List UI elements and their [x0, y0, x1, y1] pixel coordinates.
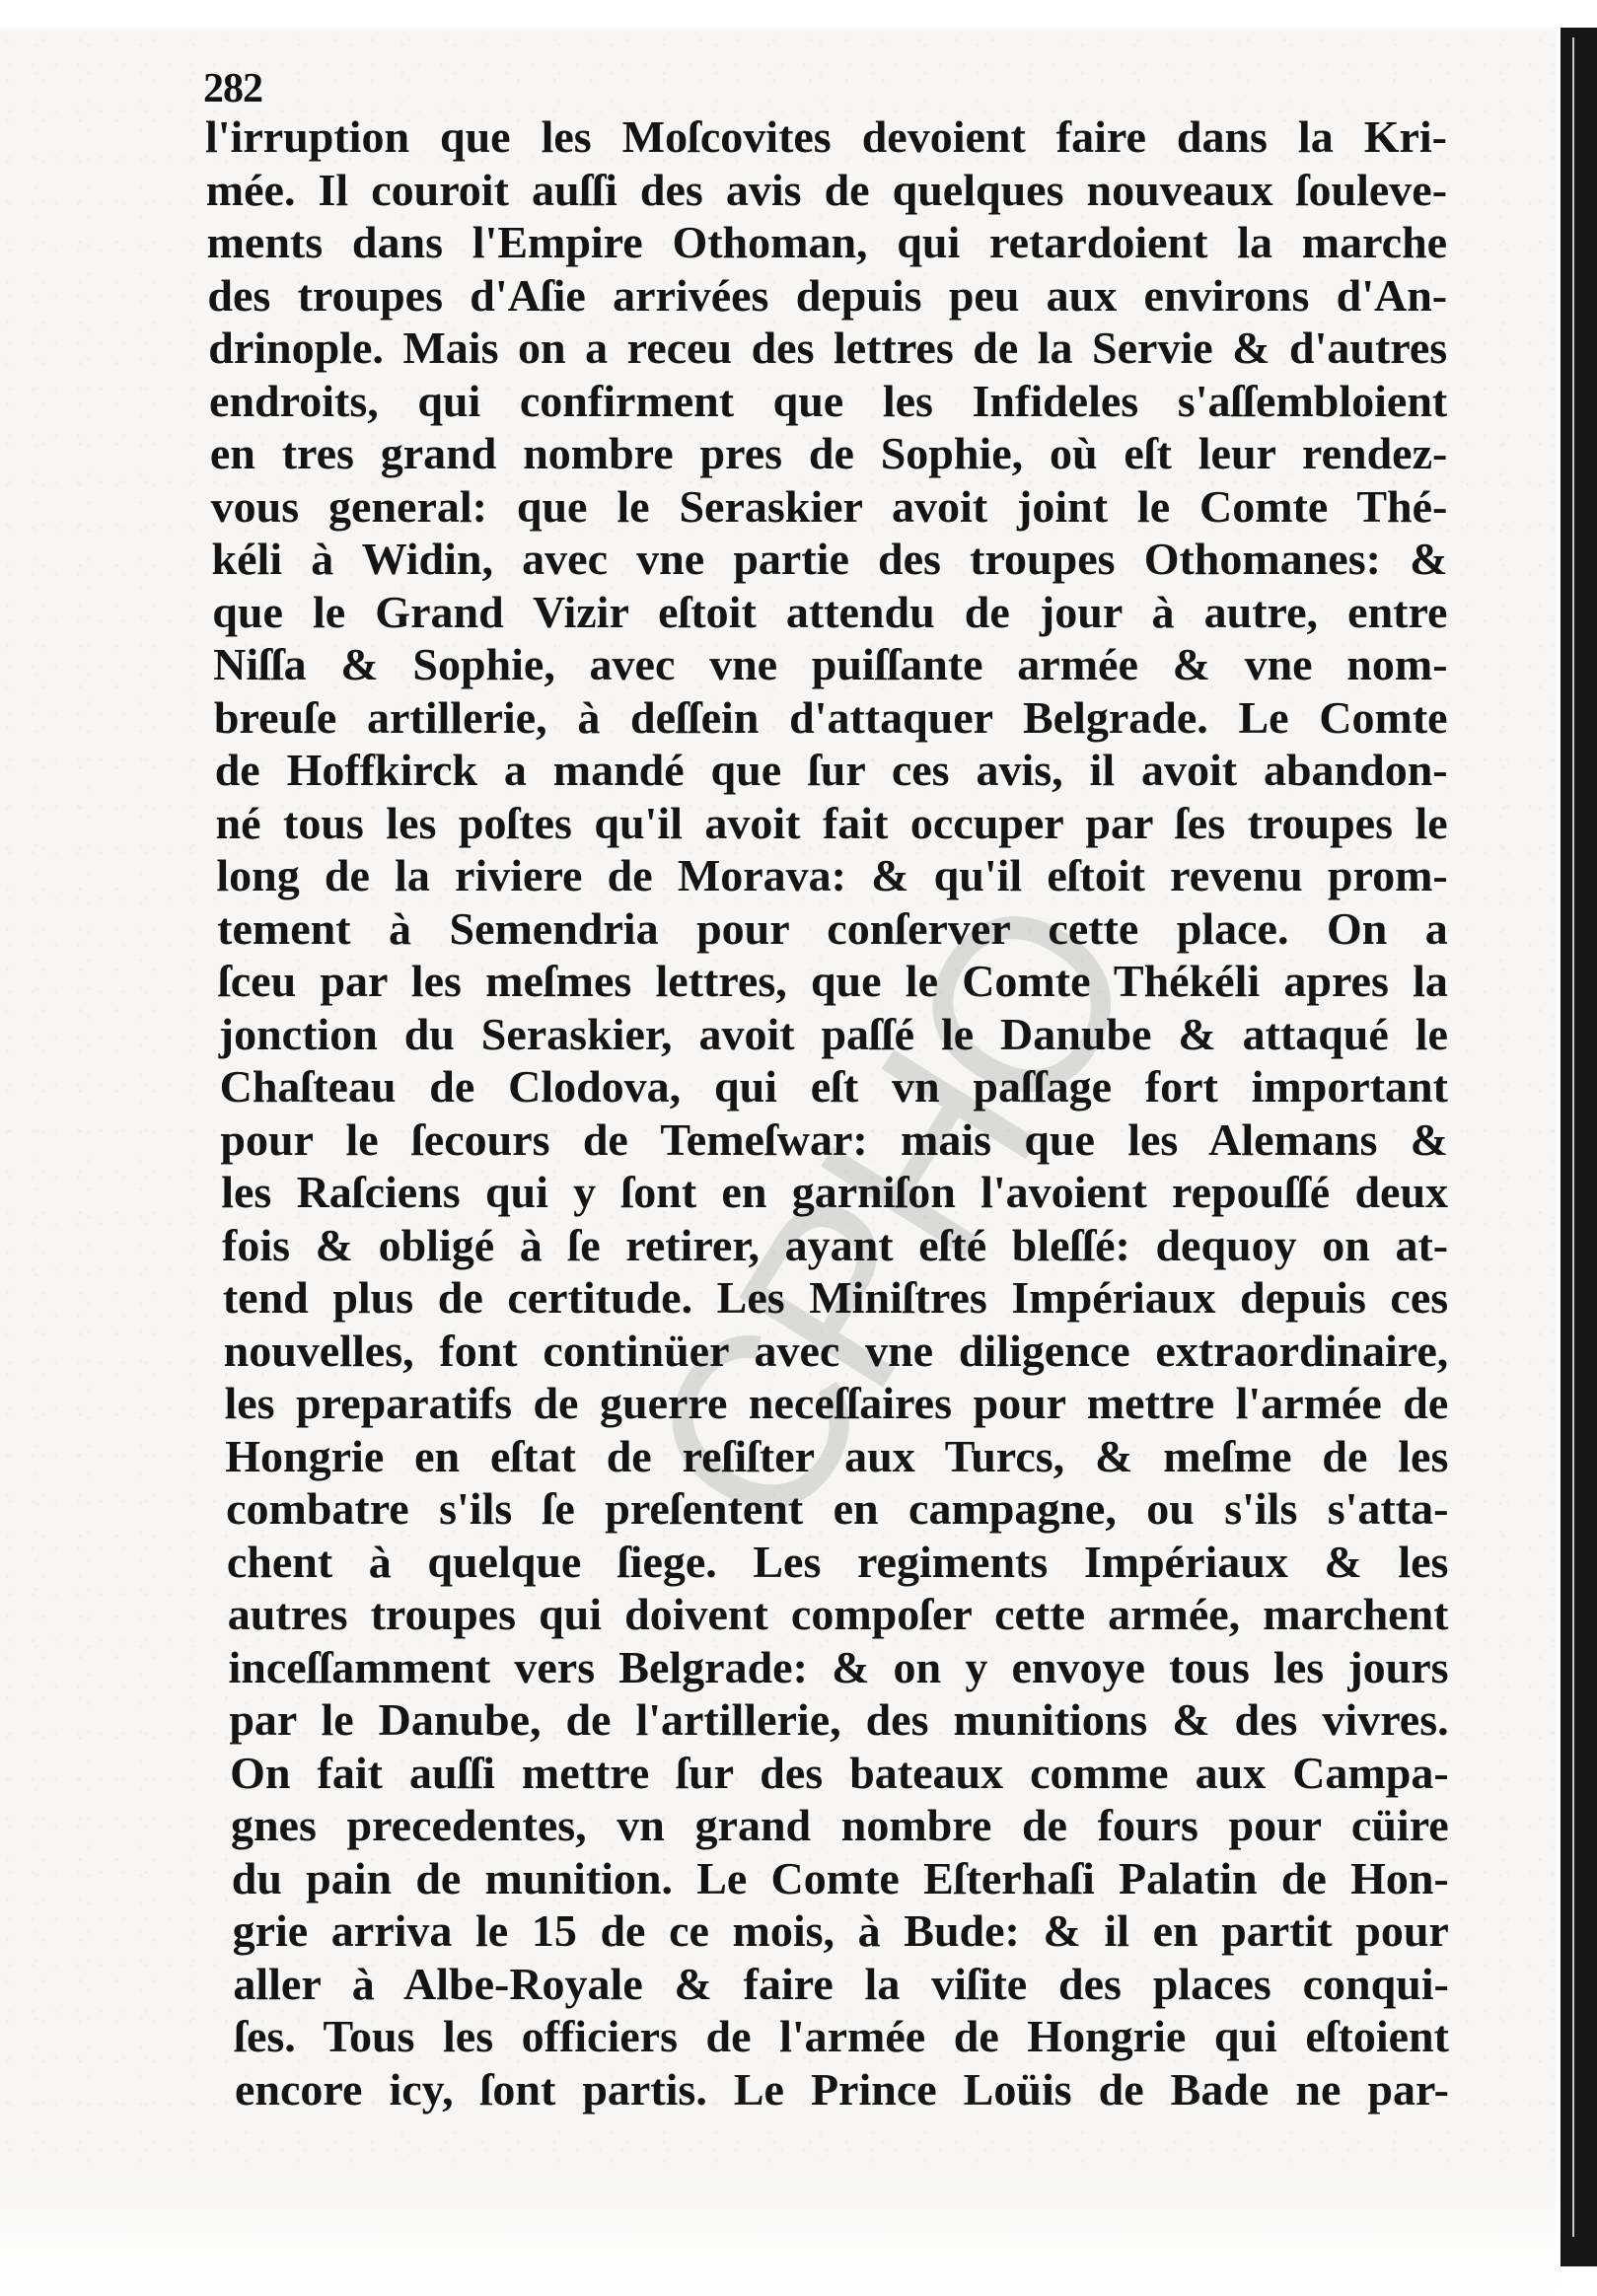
- text-line: On fait auſſi mettre ſur des bateaux com…: [230, 1746, 1449, 1801]
- text-line: long de la riviere de Morava: & qu'il eſ…: [216, 848, 1447, 903]
- text-line: que le Grand Vizir eſtoit attendu de jou…: [212, 585, 1447, 640]
- text-line: tement à Semendria pour conſerver cette …: [217, 901, 1448, 957]
- text-line: ſceu par les meſmes lettres, que le Comt…: [218, 954, 1448, 1009]
- text-line: des troupes d'Aſie arrivées depuis peu a…: [207, 268, 1447, 323]
- text-line: nouvelles, font continüer avec vne dilig…: [224, 1324, 1449, 1379]
- text-line: jonction du Seraskier, avoit paſſé le Da…: [219, 1007, 1448, 1062]
- text-line: autres troupes qui doivent compoſer cett…: [228, 1587, 1449, 1642]
- text-line: pour le ſecours de Temeſwar: mais que le…: [220, 1112, 1448, 1168]
- text-line: ments dans l'Empire Othoman, qui retardo…: [207, 215, 1447, 270]
- text-line: mée. Il couroit auſſi des avis de quelqu…: [206, 163, 1447, 218]
- text-line: Niſſa & Sophie, avec vne puiſſante armée…: [213, 637, 1447, 692]
- text-line: inceſſamment vers Belgrade: & on y envoy…: [229, 1640, 1449, 1695]
- text-line: drinople. Mais on a receu des lettres de…: [208, 321, 1447, 376]
- text-line: kéli à Widin, avec vne partie des troupe…: [211, 532, 1447, 587]
- text-line: gnes precedentes, vn grand nombre de fou…: [231, 1798, 1449, 1853]
- text-line: chent à quelque ſiege. Les regiments Imp…: [227, 1535, 1449, 1590]
- text-line: tend plus de certitude. Les Miniſtres Im…: [223, 1270, 1448, 1326]
- text-line: par le Danube, de l'artillerie, des muni…: [229, 1692, 1448, 1748]
- text-line: Chaſteau de Clodova, qui eſt vn paſſage …: [220, 1059, 1448, 1114]
- text-line: ſes. Tous les officiers de l'armée de Ho…: [234, 2009, 1449, 2064]
- text-line: breuſe artillerie, à deſſein d'attaquer …: [214, 690, 1448, 746]
- text-line: les Raſciens qui y ſont en garniſon l'av…: [221, 1165, 1448, 1220]
- text-line: Hongrie en eſtat de reſiſter aux Turcs, …: [225, 1429, 1448, 1484]
- text-line: vous general: que le Seraskier avoit joi…: [211, 479, 1448, 535]
- body-text: l'irruption que les Moſcovites devoient …: [0, 0, 1597, 2296]
- text-line: endroits, qui confirment que les Infidel…: [209, 374, 1447, 429]
- text-line: du pain de munition. Le Comte Eſterhaſi …: [232, 1851, 1449, 1906]
- text-line: encore icy, ſont partis. Le Prince Loüis…: [235, 2062, 1449, 2117]
- text-line: de Hoffkirck a mandé que ſur ces avis, i…: [215, 743, 1448, 798]
- text-line: aller à Albe-Royale & faire la viſite de…: [233, 1957, 1449, 2012]
- text-line: l'irruption que les Moſcovites devoient …: [205, 109, 1447, 165]
- text-line: grie arriva le 15 de ce mois, à Bude: & …: [233, 1903, 1449, 1959]
- text-line: les preparatifs de guerre neceſſaires po…: [224, 1376, 1448, 1431]
- text-line: fois & obligé à ſe retirer, ayant eſté b…: [222, 1218, 1448, 1273]
- text-line: en tres grand nombre pres de Sophie, où …: [210, 426, 1447, 481]
- text-line: né tous les poſtes qu'il avoit fait occu…: [216, 796, 1448, 851]
- text-line: combatre s'ils ſe preſentent en campagne…: [226, 1481, 1448, 1537]
